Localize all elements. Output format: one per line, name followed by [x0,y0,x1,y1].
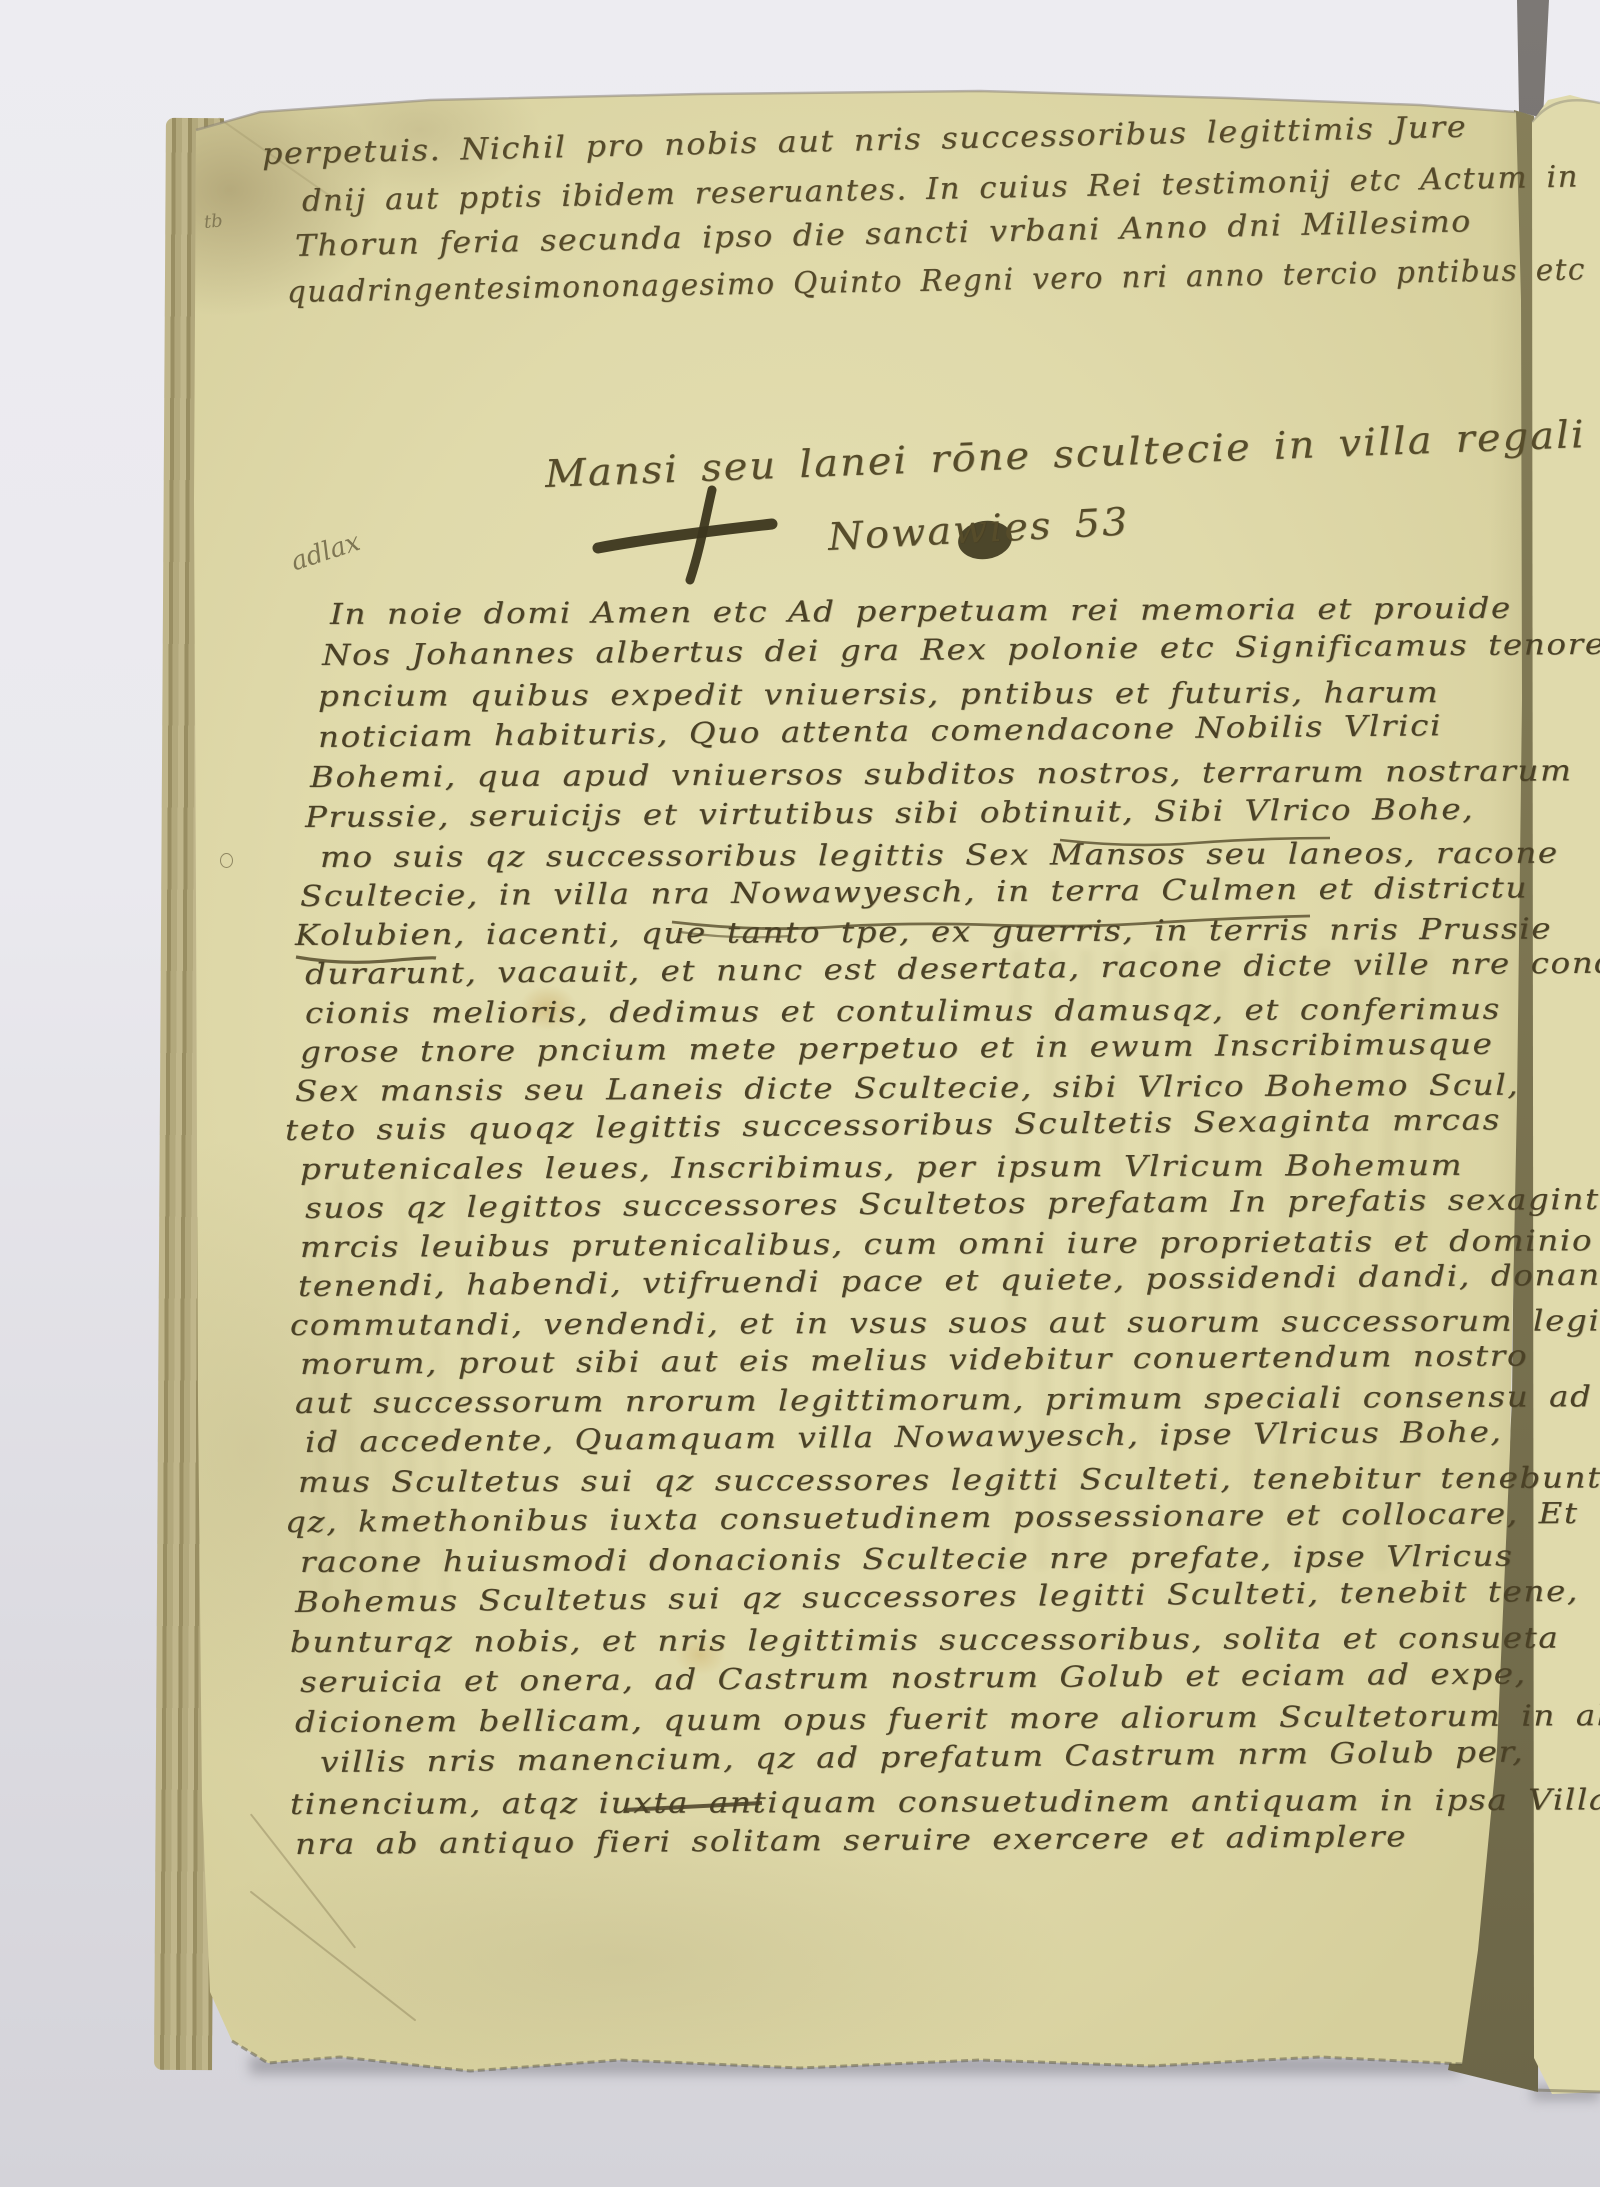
body-line: mus Scultetus sui qz successores legitti… [298,1463,1600,1497]
body-line: racone huiusmodi donacionis Scultecie nr… [300,1542,1514,1577]
body-line: morum, prout sibi aut eis melius videbit… [300,1341,1528,1379]
body-line: mo suis qz successoribus legittis Sex Ma… [320,839,1559,872]
body-line: dicionem bellicam, quum opus fuerit more… [295,1701,1600,1737]
body-line: aut successorum nrorum legittimorum, pri… [295,1382,1593,1418]
body-line: commutandi, vendendi, et in vsus suos au… [290,1306,1600,1340]
body-line: seruicia et onera, ad Castrum nostrum Go… [300,1659,1527,1697]
body-line: Bohemi, qua apud vniuersos subditos nost… [310,756,1573,792]
body-line: cionis melioris, dedimus et contulimus d… [305,995,1501,1028]
body-line: pncium quibus expedit vniuersis, pntibus… [318,678,1439,711]
body-line: Sex mansis seu Laneis dicte Scultecie, s… [295,1071,1520,1106]
body-line: tinencium, atqz iuxta antiquam consuetud… [290,1785,1600,1819]
body-line: prutenicales leues, Inscribimus, per ips… [300,1151,1463,1184]
body-line: nra ab antiquo fieri solitam seruire exe… [295,1822,1407,1859]
body-line: Kolubien, iacenti, que tanto tpe, ex gue… [295,914,1552,950]
body-line: qz, kmethonibus iuxta consuetudinem poss… [285,1499,1579,1537]
margin-ring-mark [220,853,233,868]
margin-corner-mark: tb [203,210,224,233]
body-line: grose tnore pncium mete perpetuo et in e… [300,1030,1494,1067]
body-line: suos qz legittos successores Scultetos p… [305,1185,1600,1223]
body-line: Prussie, seruicijs et virtutibus sibi ob… [305,795,1474,832]
manuscript-scan: tb adlax perpetuis. Nichil pro nobis aut… [0,0,1600,2187]
body-line: In noie domi Amen etc Ad perpetuam rei m… [330,594,1512,629]
body-line: bunturqz nobis, et nris legittimis succe… [290,1624,1560,1657]
body-line: mrcis leuibus prutenicalibus, cum omni i… [300,1226,1593,1262]
body-line: Scultecie, in villa nra Nowawyesch, in t… [300,873,1528,911]
